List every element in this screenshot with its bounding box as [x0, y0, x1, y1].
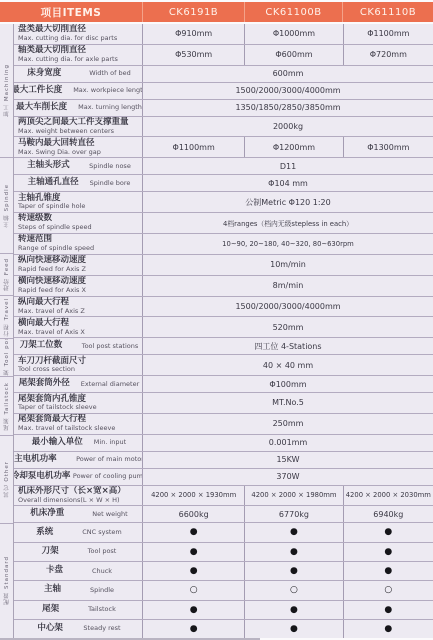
spec-row: 主轴通孔直径 Spindle bore Φ104 mm: [14, 175, 433, 192]
spec-values: 4200 × 2000 × 1930mm4200 × 2000 × 1980mm…: [143, 486, 433, 506]
spec-label-en: Tool cross section: [18, 366, 140, 373]
spec-value: 40 × 40 mm: [143, 355, 433, 375]
spec-label-en: Power of main motor: [76, 456, 143, 463]
spec-label: 冷却泵电机功率 Power of cooling pump: [14, 469, 143, 485]
spec-label: 床身宽度 Width of bed: [14, 66, 143, 82]
spec-row: 机床外形尺寸（长×宽×高） Overall dimensions(L × W ×…: [14, 486, 433, 507]
spec-label-cn: 最大工件长度: [14, 86, 67, 96]
spec-row: 卡盘 Chuck ●●●: [14, 562, 433, 581]
section-tool-post: 刀架 Tool post: [0, 339, 13, 377]
spec-label: 盘类最大切削直径 Max. cutting dia. for disc part…: [14, 24, 143, 44]
spec-row: 冷却泵电机功率 Power of cooling pump 370W: [14, 469, 433, 486]
spec-label: 转速范围 Range of spindle speed: [14, 234, 143, 254]
spec-values: ●●●: [143, 523, 433, 541]
spec-rows: 盘类最大切削直径 Max. cutting dia. for disc part…: [14, 24, 433, 638]
spec-value: Φ530mm: [143, 45, 245, 65]
spec-value: 4200 × 2000 × 1980mm: [245, 486, 343, 506]
spec-value: 1500/2000/3000/4000mm: [143, 297, 433, 317]
spec-row: 车刀刀杆截面尺寸 Tool cross section 40 × 40 mm: [14, 355, 433, 376]
spec-value: D11: [143, 158, 433, 174]
spec-label-en: Tailstock: [88, 606, 116, 613]
spec-label-en: Taper of spindle hole: [18, 203, 140, 210]
spec-label-en: Max. workpiece length: [73, 87, 143, 94]
section-label: 进给 Feed: [3, 258, 11, 291]
availability-dot: ●: [344, 523, 433, 541]
spec-row: 最小输入单位 Min. input 0.001mm: [14, 435, 433, 452]
spec-label-cn: 尾架: [42, 605, 82, 615]
spec-label: 两顶尖之间最大工件支撑重量 Max. weight between center…: [14, 117, 143, 137]
spec-values: 520mm: [143, 317, 433, 337]
spec-label-en: Width of bed: [89, 70, 131, 77]
spec-label-cn: 主轴头形式: [27, 161, 83, 171]
spec-values: 1500/2000/3000/4000mm: [143, 297, 433, 317]
spec-row: 两顶尖之间最大工件支撑重量 Max. weight between center…: [14, 117, 433, 138]
section-tailstock: 尾架 Tailstock: [0, 377, 13, 436]
spec-label-cn: 机床净重: [30, 509, 86, 519]
spec-value: Φ1100mm: [143, 137, 245, 157]
spec-value: 6600kg: [143, 506, 245, 522]
spec-values: ●●●: [143, 601, 433, 619]
spec-label: 卡盘 Chuck: [14, 562, 143, 580]
spec-label-cn: 最小输入单位: [32, 438, 88, 448]
spec-value: 4200 × 2000 × 1930mm: [143, 486, 245, 506]
availability-dot: ●: [344, 620, 433, 638]
section-label: 加工 Machining: [3, 64, 11, 117]
spec-label-cn: 主轴通孔直径: [28, 178, 84, 188]
spec-label-en: Max. cutting dia. for axle parts: [18, 56, 140, 63]
spec-label-en: Range of spindle speed: [18, 245, 140, 252]
spec-label-cn: 卡盘: [46, 566, 86, 576]
spec-row: 马鞍内最大回转直径 Max. Swing Dia. over gap Φ1100…: [14, 137, 433, 158]
spec-label: 最大车削长度 Max. turning length: [14, 100, 143, 116]
spec-label: 尾架 Tailstock: [14, 601, 143, 619]
spec-label: 横向快速移动速度 Rapid feed for Axis X: [14, 276, 143, 296]
spec-values: 250mm: [143, 414, 433, 434]
spec-label: 主电机功率 Power of main motor: [14, 452, 143, 468]
section-strip: 加工 Machining主轴 Spindle进给 Feed行程 Travel刀架…: [0, 24, 14, 638]
spec-values: MT.No.5: [143, 393, 433, 413]
spec-label: 纵向快速移动速度 Rapid feed for Axis Z: [14, 255, 143, 275]
spec-value: Φ1200mm: [245, 137, 343, 157]
spec-values: 0.001mm: [143, 435, 433, 451]
spec-row: 系统 CNC system ●●●: [14, 523, 433, 542]
spec-row: 尾架套筒最大行程 Max. travel of tailstock sleeve…: [14, 414, 433, 435]
spec-row: 横向最大行程 Max. travel of Axis X 520mm: [14, 317, 433, 338]
section-spindle: 主轴 Spindle: [0, 158, 13, 254]
spec-row: 刀架 Tool post ●●●: [14, 543, 433, 562]
availability-dot: ●: [245, 620, 343, 638]
spec-label: 横向最大行程 Max. travel of Axis X: [14, 317, 143, 337]
spec-value: 2000kg: [143, 117, 433, 137]
spec-value: 6940kg: [344, 506, 433, 522]
spec-row: 最大工件长度 Max. workpiece length 1500/2000/3…: [14, 83, 433, 100]
spec-value: 250mm: [143, 414, 433, 434]
header-model-ck61100b: CK61100B: [245, 2, 343, 22]
spec-value: 1350/1850/2850/3850mm: [143, 100, 433, 116]
spec-row: 主轴孔锥度 Taper of spindle hole 公制Metric Φ12…: [14, 192, 433, 213]
availability-dot: ●: [143, 620, 245, 638]
spec-value: 四工位 4-Stations: [143, 338, 433, 354]
spec-row: 刀架工位数 Tool post stations 四工位 4-Stations: [14, 338, 433, 355]
spec-value: MT.No.5: [143, 393, 433, 413]
spec-value: 600mm: [143, 66, 433, 82]
spec-value: 6770kg: [245, 506, 343, 522]
section-label: 行程 Travel: [3, 298, 11, 336]
spec-label-en: Overall dimensions(L × W × H): [18, 497, 140, 504]
spec-row: 横向快速移动速度 Rapid feed for Axis X 8m/min: [14, 276, 433, 297]
spec-label: 主轴头形式 Spindle nose: [14, 158, 143, 174]
spec-label-en: CNC system: [82, 529, 122, 536]
availability-dot: ●: [344, 562, 433, 580]
availability-dot: ○: [143, 581, 245, 599]
spec-row: 盘类最大切削直径 Max. cutting dia. for disc part…: [14, 24, 433, 45]
spec-label-en: Steady rest: [83, 625, 120, 632]
availability-dot: ●: [245, 562, 343, 580]
spec-values: Φ1100mmΦ1200mmΦ1300mm: [143, 137, 433, 157]
spec-label-en: Rapid feed for Axis Z: [18, 266, 140, 273]
spec-value: 4档ranges（档内无级stepless in each）: [143, 213, 433, 233]
spec-label-cn: 尾架套筒外径: [19, 379, 75, 389]
spec-label: 尾架套筒内孔锥度 Taper of tailstock sleeve: [14, 393, 143, 413]
spec-label: 机床净重 Net weight: [14, 506, 143, 522]
spec-value: Φ100mm: [143, 376, 433, 392]
spec-label-en: Spindle bore: [90, 180, 131, 187]
spec-value: Φ104 mm: [143, 175, 433, 191]
spec-row: 转速范围 Range of spindle speed 10~90, 20~18…: [14, 234, 433, 255]
spec-label: 最小输入单位 Min. input: [14, 435, 143, 451]
spec-label-cn: 刀架工位数: [20, 341, 76, 351]
spec-value: 15KW: [143, 452, 433, 468]
spec-label: 刀架 Tool post: [14, 543, 143, 561]
section-standard: 配置 Standard: [0, 524, 13, 638]
spec-values: 4档ranges（档内无级stepless in each）: [143, 213, 433, 233]
spec-values: ●●●: [143, 543, 433, 561]
spec-label-en: Rapid feed for Axis X: [18, 287, 140, 294]
spec-values: 10~90, 20~180, 40~320, 80~630rpm: [143, 234, 433, 254]
spec-label-cn: 系统: [36, 528, 76, 538]
spec-label: 主轴通孔直径 Spindle bore: [14, 175, 143, 191]
spec-label-en: Spindle nose: [89, 163, 131, 170]
spec-label: 转速级数 Steps of spindle speed: [14, 213, 143, 233]
header-model-ck6191b: CK6191B: [143, 2, 245, 22]
spec-values: 2000kg: [143, 117, 433, 137]
spec-row: 尾架套筒内孔锥度 Taper of tailstock sleeve MT.No…: [14, 393, 433, 414]
spec-label-en: Chuck: [92, 568, 112, 575]
availability-dot: ●: [245, 543, 343, 561]
header-items-label: 项目ITEMS: [0, 2, 143, 22]
spec-row: 纵向快速移动速度 Rapid feed for Axis Z 10m/min: [14, 255, 433, 276]
spec-values: Φ530mmΦ600mmΦ720mm: [143, 45, 433, 65]
spec-label-en: Tool post: [88, 548, 117, 555]
spec-row: 机床净重 Net weight 6600kg6770kg6940kg: [14, 506, 433, 523]
spec-label-cn: 中心架: [37, 624, 77, 634]
spec-label: 系统 CNC system: [14, 523, 143, 541]
section-machining: 加工 Machining: [0, 24, 13, 158]
spec-label-cn: 床身宽度: [27, 69, 83, 79]
spec-value: 公制Metric Φ120 1:20: [143, 192, 433, 212]
spec-row: 轴类最大切削直径 Max. cutting dia. for axle part…: [14, 45, 433, 66]
spec-value: 1500/2000/3000/4000mm: [143, 83, 433, 99]
section-feed: 进给 Feed: [0, 254, 13, 296]
section-label: 尾架 Tailstock: [3, 382, 11, 430]
header-model-ck61110b: CK61110B: [343, 2, 433, 22]
spec-label-en: Max. turning length: [78, 104, 142, 111]
section-label: 其它 Other: [3, 461, 11, 497]
spec-values: ●●●: [143, 562, 433, 580]
spec-value: 0.001mm: [143, 435, 433, 451]
availability-dot: ●: [344, 601, 433, 619]
section-label: 刀架 Tool post: [3, 339, 11, 377]
availability-dot: ●: [245, 601, 343, 619]
availability-dot: ●: [143, 523, 245, 541]
spec-values: 公制Metric Φ120 1:20: [143, 192, 433, 212]
spec-label-cn: 主电机功率: [14, 455, 70, 465]
spec-label-en: External diameter: [81, 381, 140, 388]
spec-values: Φ910mmΦ1000mmΦ1100mm: [143, 24, 433, 44]
spec-values: 370W: [143, 469, 433, 485]
availability-dot: ●: [143, 601, 245, 619]
spec-row: 最大车削长度 Max. turning length 1350/1850/285…: [14, 100, 433, 117]
spec-values: 40 × 40 mm: [143, 355, 433, 375]
spec-row: 尾架套筒外径 External diameter Φ100mm: [14, 376, 433, 393]
spec-label: 尾架套筒最大行程 Max. travel of tailstock sleeve: [14, 414, 143, 434]
spec-label-cn: 冷却泵电机功率: [14, 472, 67, 482]
spec-label: 轴类最大切削直径 Max. cutting dia. for axle part…: [14, 45, 143, 65]
spec-values: 8m/min: [143, 276, 433, 296]
spec-values: ●●●: [143, 620, 433, 638]
spec-label-en: Tool post stations: [82, 343, 139, 350]
section-travel: 行程 Travel: [0, 296, 13, 338]
spec-label-en: Min. input: [94, 439, 126, 446]
spec-values: Φ104 mm: [143, 175, 433, 191]
availability-dot: ●: [344, 543, 433, 561]
spec-values: 15KW: [143, 452, 433, 468]
spec-values: 1350/1850/2850/3850mm: [143, 100, 433, 116]
spec-table-body: 加工 Machining主轴 Spindle进给 Feed行程 Travel刀架…: [0, 24, 433, 638]
spec-values: 600mm: [143, 66, 433, 82]
spec-label: 主轴孔锥度 Taper of spindle hole: [14, 192, 143, 212]
machine-spec-sheet: 项目ITEMS CK6191B CK61100B CK61110B 加工 Mac…: [0, 0, 433, 640]
spec-values: 6600kg6770kg6940kg: [143, 506, 433, 522]
table-header-row: 项目ITEMS CK6191B CK61100B CK61110B: [0, 2, 433, 24]
spec-label-en: Max. travel of Axis Z: [18, 308, 140, 315]
spec-value: 370W: [143, 469, 433, 485]
availability-dot: ○: [245, 581, 343, 599]
spec-row: 主电机功率 Power of main motor 15KW: [14, 452, 433, 469]
spec-row: 主轴头形式 Spindle nose D11: [14, 158, 433, 175]
spec-row: 床身宽度 Width of bed 600mm: [14, 66, 433, 83]
spec-label: 中心架 Steady rest: [14, 620, 143, 638]
spec-label: 主轴 Spindle: [14, 581, 143, 599]
spec-label-en: Max. Swing Dia. over gap: [18, 149, 140, 156]
spec-value: 10m/min: [143, 255, 433, 275]
section-other: 其它 Other: [0, 436, 13, 524]
availability-dot: ○: [344, 581, 433, 599]
spec-label: 最大工件长度 Max. workpiece length: [14, 83, 143, 99]
spec-label-en: Power of cooling pump: [73, 473, 143, 480]
spec-label: 刀架工位数 Tool post stations: [14, 338, 143, 354]
spec-label-en: Net weight: [92, 511, 127, 518]
spec-values: ○○○: [143, 581, 433, 599]
spec-label-en: Taper of tailstock sleeve: [18, 404, 140, 411]
spec-value: Φ1100mm: [344, 24, 433, 44]
spec-label-cn: 刀架: [42, 547, 82, 557]
spec-value: Φ600mm: [245, 45, 343, 65]
availability-dot: ●: [245, 523, 343, 541]
section-label: 主轴 Spindle: [3, 184, 11, 227]
spec-value: Φ1000mm: [245, 24, 343, 44]
spec-value: 4200 × 2000 × 2030mm: [344, 486, 433, 506]
section-label: 配置 Standard: [3, 556, 11, 605]
spec-label: 车刀刀杆截面尺寸 Tool cross section: [14, 355, 143, 375]
spec-row: 中心架 Steady rest ●●●: [14, 620, 433, 638]
spec-label-en: Spindle: [90, 587, 114, 594]
spec-value: 10~90, 20~180, 40~320, 80~630rpm: [143, 234, 433, 254]
spec-value: Φ910mm: [143, 24, 245, 44]
availability-dot: ●: [143, 562, 245, 580]
spec-value: Φ1300mm: [344, 137, 433, 157]
spec-label-en: Max. weight between centers: [18, 128, 140, 135]
spec-label-en: Steps of spindle speed: [18, 224, 140, 231]
spec-label: 尾架套筒外径 External diameter: [14, 376, 143, 392]
spec-row: 转速级数 Steps of spindle speed 4档ranges（档内无…: [14, 213, 433, 234]
spec-values: Φ100mm: [143, 376, 433, 392]
spec-label-cn: 主轴: [44, 585, 84, 595]
spec-value: 520mm: [143, 317, 433, 337]
spec-label: 机床外形尺寸（长×宽×高） Overall dimensions(L × W ×…: [14, 486, 143, 506]
availability-dot: ●: [143, 543, 245, 561]
spec-row: 纵向最大行程 Max. travel of Axis Z 1500/2000/3…: [14, 297, 433, 318]
spec-value: 8m/min: [143, 276, 433, 296]
spec-values: 四工位 4-Stations: [143, 338, 433, 354]
spec-value: Φ720mm: [344, 45, 433, 65]
spec-values: 1500/2000/3000/4000mm: [143, 83, 433, 99]
spec-label: 马鞍内最大回转直径 Max. Swing Dia. over gap: [14, 137, 143, 157]
spec-label-en: Max. travel of tailstock sleeve: [18, 425, 140, 432]
spec-row: 尾架 Tailstock ●●●: [14, 601, 433, 620]
spec-label-en: Max. travel of Axis X: [18, 329, 140, 336]
spec-label: 纵向最大行程 Max. travel of Axis Z: [14, 297, 143, 317]
spec-values: D11: [143, 158, 433, 174]
spec-label-cn: 最大车削长度: [16, 103, 72, 113]
spec-row: 主轴 Spindle ○○○: [14, 581, 433, 600]
spec-values: 10m/min: [143, 255, 433, 275]
spec-label-en: Max. cutting dia. for disc parts: [18, 35, 140, 42]
